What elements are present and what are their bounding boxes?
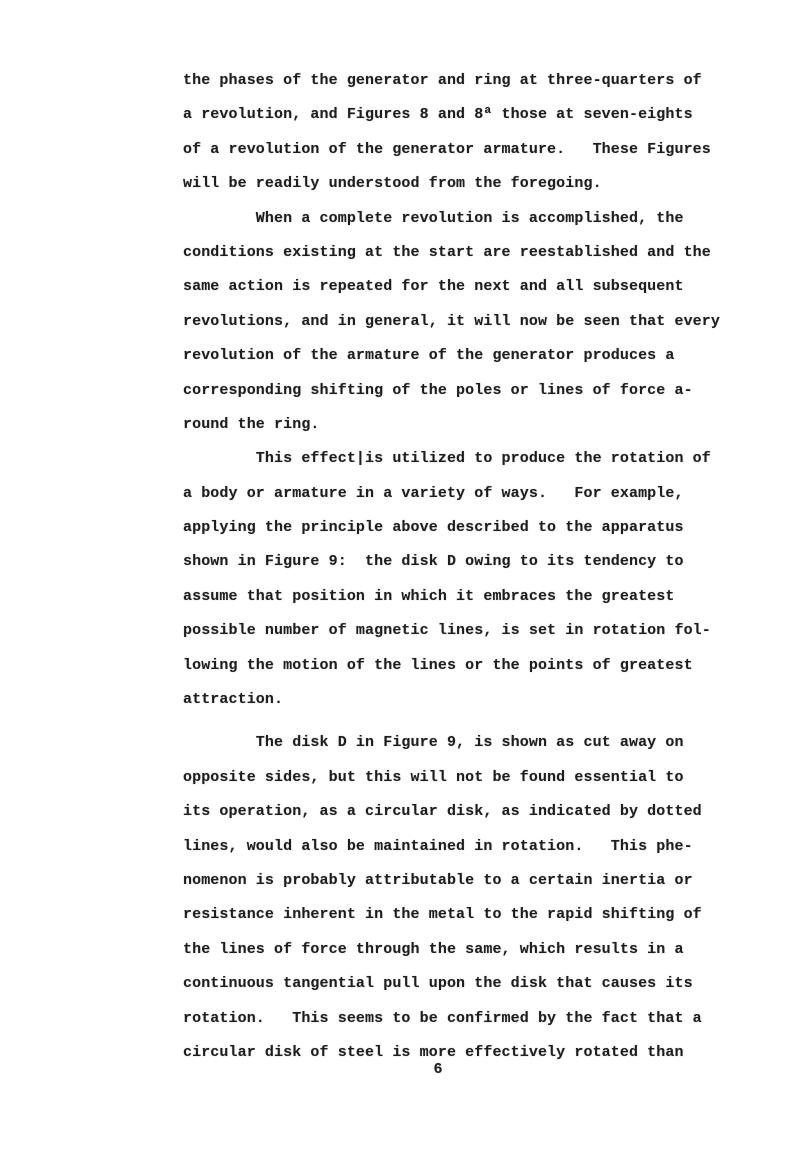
text-line-10: corresponding shifting of the poles or l…: [183, 374, 763, 408]
text-line-8: revolutions, and in general, it will now…: [183, 305, 763, 339]
text-line-26: the lines of force through the same, whi…: [183, 933, 763, 967]
text-line-21: opposite sides, but this will not be fou…: [183, 761, 763, 795]
text-line-1: the phases of the generator and ring at …: [183, 64, 763, 98]
text-line-3: of a revolution of the generator armatur…: [183, 133, 763, 167]
text-line-20: The disk D in Figure 9, is shown as cut …: [183, 726, 763, 760]
text-line-2: a revolution, and Figures 8 and 8ª those…: [183, 98, 763, 132]
text-line-11: round the ring.: [183, 408, 763, 442]
text-line-25: resistance inherent in the metal to the …: [183, 898, 763, 932]
text-line-15: shown in Figure 9: the disk D owing to i…: [183, 545, 763, 579]
text-line-28: rotation. This seems to be confirmed by …: [183, 1002, 763, 1036]
text-line-18: lowing the motion of the lines or the po…: [183, 649, 763, 683]
text-line-17: possible number of magnetic lines, is se…: [183, 614, 763, 648]
text-line-12: This effect|is utilized to produce the r…: [183, 442, 763, 476]
text-line-9: revolution of the armature of the genera…: [183, 339, 763, 373]
typewritten-text-block: the phases of the generator and ring at …: [183, 64, 763, 1070]
page-number: 6: [183, 1061, 693, 1078]
text-line-4: will be readily understood from the fore…: [183, 167, 763, 201]
text-line-27: continuous tangential pull upon the disk…: [183, 967, 763, 1001]
manuscript-page: the phases of the generator and ring at …: [0, 0, 807, 1154]
text-line-23: lines, would also be maintained in rotat…: [183, 830, 763, 864]
text-line-19: attraction.: [183, 683, 763, 717]
text-line-5: When a complete revolution is accomplish…: [183, 202, 763, 236]
text-line-22: its operation, as a circular disk, as in…: [183, 795, 763, 829]
text-line-6: conditions existing at the start are ree…: [183, 236, 763, 270]
text-line-13: a body or armature in a variety of ways.…: [183, 477, 763, 511]
text-line-14: applying the principle above described t…: [183, 511, 763, 545]
text-line-24: nomenon is probably attributable to a ce…: [183, 864, 763, 898]
text-line-7: same action is repeated for the next and…: [183, 270, 763, 304]
text-line-16: assume that position in which it embrace…: [183, 580, 763, 614]
